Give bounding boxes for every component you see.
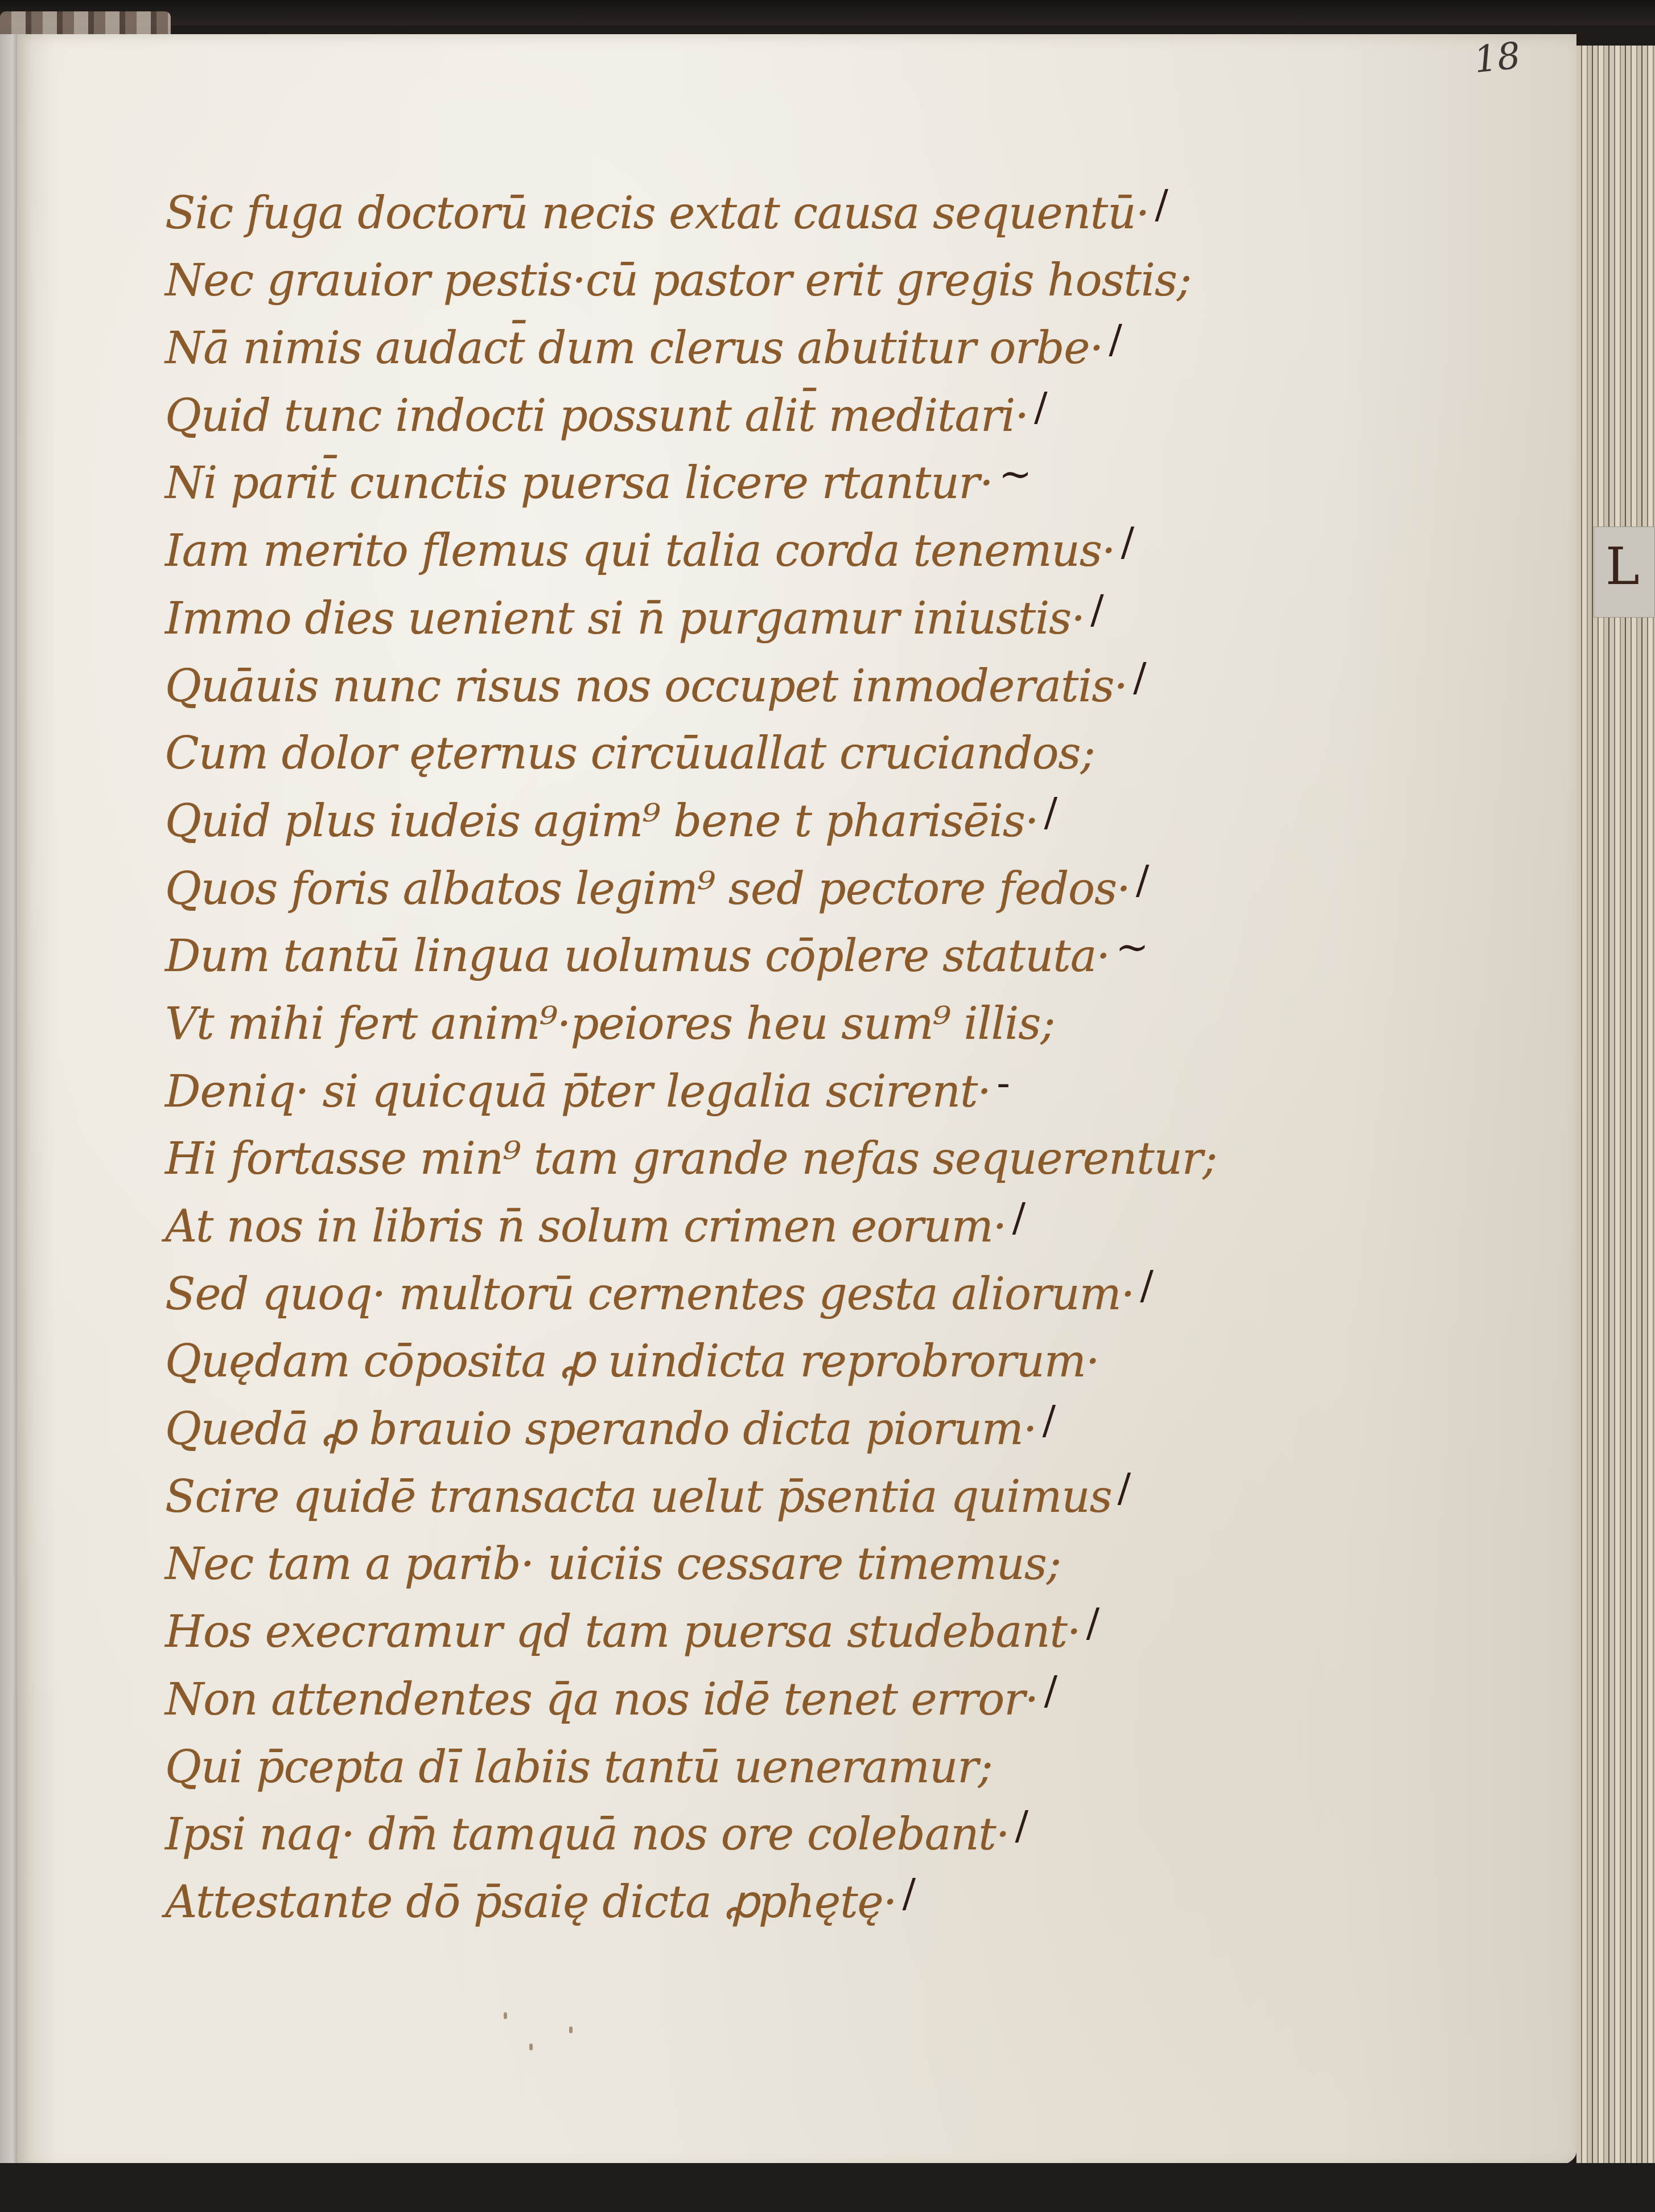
verse-line-text: Hos execramur qd tam puersa studebant·: [165, 1610, 1081, 1660]
verse-line: Quid tunc indocti possunt alit̄ meditari…: [165, 376, 1224, 444]
verse-line-text: Quid tunc indocti possunt alit̄ meditari…: [165, 394, 1028, 444]
verse-line: Quedā ꝓ brauio sperando dicta piorum·/: [165, 1389, 1224, 1457]
verse-text-block: Sic fuga doctorū necis extat causa seque…: [165, 174, 1224, 1930]
verse-line: Sic fuga doctorū necis extat causa seque…: [165, 174, 1224, 241]
verse-line: Attestante dō p̄saię dicta ꝓphętę·/: [165, 1862, 1224, 1930]
background-bottom: [0, 2163, 1655, 2212]
stain-mark: [569, 2026, 573, 2033]
verse-line: Hi fortasse min⁹ tam grande nefas sequer…: [165, 1120, 1224, 1187]
verse-line: Ni parit̄ cunctis puersa licere rtantur·…: [165, 444, 1224, 512]
marginal-mark: -: [997, 1063, 1010, 1120]
marginal-mark: /: [903, 1873, 916, 1930]
verse-line: Vt mihi fert anim⁹·peiores heu sum⁹ illi…: [165, 984, 1224, 1052]
marginal-mark: /: [1140, 1265, 1154, 1322]
verse-line-text: Dum tantū lingua uolumus cōplere statuta…: [165, 934, 1110, 984]
verse-line: Sed quoq· multorū cernentes gesta alioru…: [165, 1255, 1224, 1322]
verse-line: At nos in libris n̄ solum crimen eorum·/: [165, 1187, 1224, 1255]
verse-line: Iam merito flemus qui talia corda tenemu…: [165, 511, 1224, 579]
marginal-mark: /: [1043, 1400, 1056, 1457]
verse-line-text: Ni parit̄ cunctis puersa licere rtantur·: [165, 461, 993, 511]
verse-line-text: Quos foris albatos legim⁹ sed pectore fe…: [165, 867, 1130, 917]
verse-line-text: Attestante dō p̄saię dicta ꝓphętę·: [165, 1880, 897, 1930]
verse-line-text: Nā nimis audact̄ dum clerus abutitur orb…: [165, 326, 1103, 376]
background-top: [0, 0, 1655, 26]
facing-page-edge: [0, 34, 18, 2180]
page-stack-edges: [1576, 46, 1655, 2163]
marginal-mark: ~: [999, 454, 1032, 511]
verse-line-text: At nos in libris n̄ solum crimen eorum·: [165, 1204, 1006, 1255]
verse-line: Nec grauior pestis·cū pastor erit gregis…: [165, 241, 1224, 309]
verse-line: Cum dolor ęternus circūuallat cruciandos…: [165, 714, 1224, 782]
verse-line-text: Quāuis nunc risus nos occupet inmoderati…: [165, 664, 1127, 714]
verse-line-text: Quid plus iudeis agim⁹ bene t pharisēis·: [165, 799, 1039, 849]
verse-line-text: Quędam cōposita ꝓ uindicta reprobrorum·: [165, 1339, 1100, 1389]
verse-line: Quędam cōposita ꝓ uindicta reprobrorum·: [165, 1322, 1224, 1390]
verse-line: Dum tantū lingua uolumus cōplere statuta…: [165, 917, 1224, 985]
verse-line: Quos foris albatos legim⁹ sed pectore fe…: [165, 849, 1224, 917]
folio-number: 18: [1472, 35, 1522, 81]
marginal-mark: /: [1136, 860, 1150, 917]
verse-line: Scire quidē transacta uelut p̄sentia qui…: [165, 1457, 1224, 1525]
verse-line: Nā nimis audact̄ dum clerus abutitur orb…: [165, 309, 1224, 376]
verse-line: Immo dies uenient si n̄ purgamur iniusti…: [165, 579, 1224, 647]
verse-line-text: Nec grauior pestis·cū pastor erit gregis…: [165, 258, 1191, 309]
marginal-mark: ~: [1115, 927, 1149, 984]
marginal-mark: /: [1090, 590, 1104, 647]
marginal-mark: /: [1044, 1671, 1057, 1728]
verse-line-text: Ipsi naq· dm̄ tamquā nos ore colebant·: [165, 1812, 1010, 1862]
verse-line: Qui p̄cepta dī labiis tantū ueneramur;: [165, 1728, 1224, 1795]
marginal-mark: /: [1109, 319, 1122, 376]
verse-line-text: Sed quoq· multorū cernentes gesta alioru…: [165, 1272, 1134, 1322]
verse-line-text: Iam merito flemus qui talia corda tenemu…: [165, 529, 1115, 579]
verse-line-text: Sic fuga doctorū necis extat causa seque…: [165, 191, 1149, 241]
verse-line-text: Immo dies uenient si n̄ purgamur iniusti…: [165, 597, 1085, 647]
marginal-mark: /: [1155, 184, 1168, 241]
verse-line: Ipsi naq· dm̄ tamquā nos ore colebant·/: [165, 1795, 1224, 1863]
verse-line: Non attendentes q̄a nos idē tenet error·…: [165, 1660, 1224, 1728]
marginal-mark: /: [1044, 792, 1058, 849]
verse-line-text: Cum dolor ęternus circūuallat cruciandos…: [165, 731, 1095, 782]
verse-line-text: Hi fortasse min⁹ tam grande nefas sequer…: [165, 1137, 1217, 1187]
verse-line: Quāuis nunc risus nos occupet inmoderati…: [165, 647, 1224, 714]
marginal-mark: /: [1015, 1806, 1029, 1862]
verse-line: Hos execramur qd tam puersa studebant·/: [165, 1592, 1224, 1660]
verse-line-text: Non attendentes q̄a nos idē tenet error·: [165, 1677, 1038, 1728]
marginal-mark: /: [1121, 522, 1135, 579]
page-tab-mark: L: [1605, 541, 1640, 593]
verse-line: Deniq· si quicquā p̄ter legalia scirent·…: [165, 1052, 1224, 1120]
verse-line-text: Qui p̄cepta dī labiis tantū ueneramur;: [165, 1745, 993, 1795]
marginal-mark: /: [1133, 657, 1147, 714]
verse-line-text: Deniq· si quicquā p̄ter legalia scirent·: [165, 1070, 991, 1120]
verse-line: Nec tam a parib· uiciis cessare timemus;: [165, 1525, 1224, 1593]
verse-line-text: Vt mihi fert anim⁹·peiores heu sum⁹ illi…: [165, 1002, 1055, 1052]
marginal-mark: /: [1086, 1603, 1100, 1660]
verse-line-text: Scire quidē transacta uelut p̄sentia qui…: [165, 1475, 1112, 1525]
marginal-mark: /: [1118, 1468, 1131, 1525]
stain-mark: [504, 2012, 507, 2019]
marginal-mark: /: [1034, 387, 1048, 444]
verse-line-text: Nec tam a parib· uiciis cessare timemus;: [165, 1542, 1061, 1592]
page-tab: L: [1594, 527, 1655, 618]
marginal-mark: /: [1012, 1198, 1026, 1255]
verse-line: Quid plus iudeis agim⁹ bene t pharisēis·…: [165, 782, 1224, 849]
stain-mark: [529, 2044, 533, 2050]
verse-line-text: Quedā ꝓ brauio sperando dicta piorum·: [165, 1407, 1037, 1457]
